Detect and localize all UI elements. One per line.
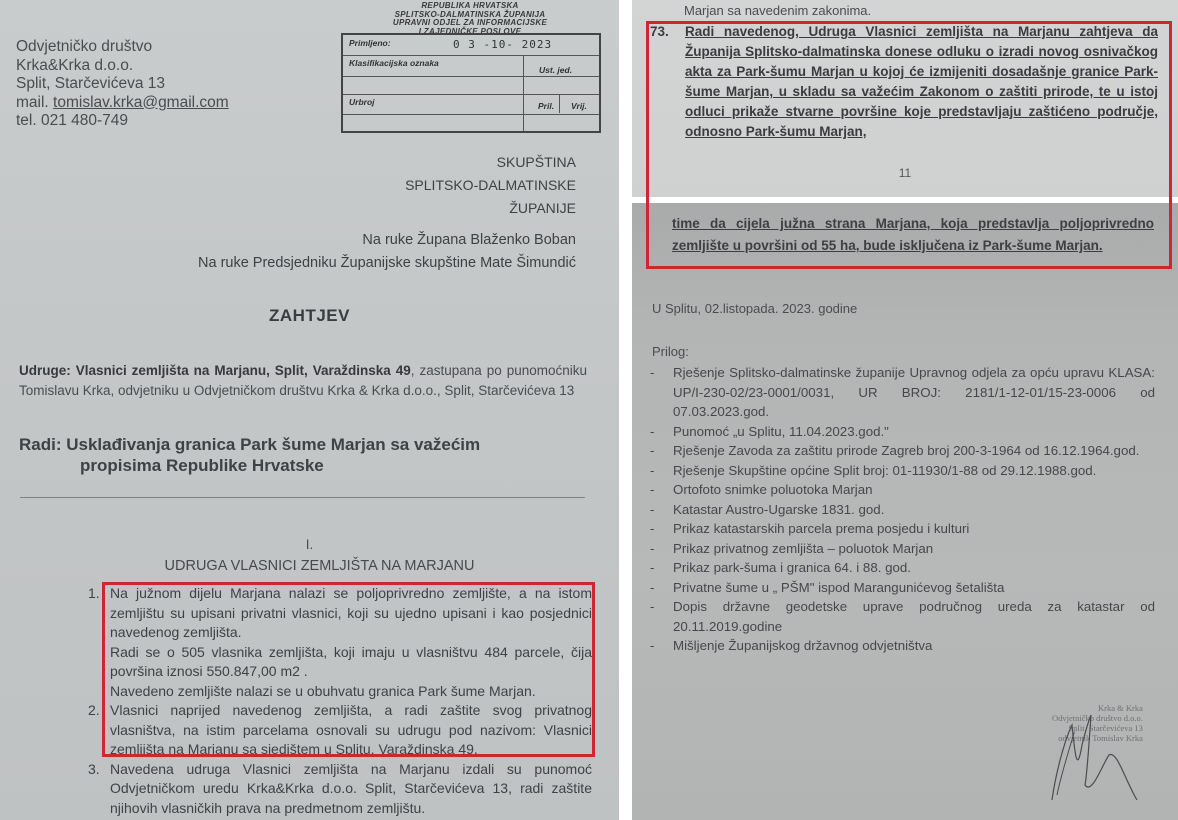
attachment-item: -Ortofoto snimke poluotoka Marjan: [650, 480, 1155, 500]
attachment-item: -Prikaz katastarskih parcela prema posje…: [650, 519, 1155, 539]
sender-line: Krka&Krka d.o.o.: [16, 57, 229, 76]
section-title: UDRUGA VLASNICI ZEMLJIŠTA NA MARJANU: [0, 558, 619, 574]
attention-line: Na ruke Župana Blaženko Boban: [362, 232, 576, 248]
attachment-item: -Rješenje Splitsko-dalmatinske županije …: [650, 363, 1155, 422]
attachment-item: -Katastar Austro-Ugarske 1831. god.: [650, 500, 1155, 520]
attachment-item: -Punomoć „u Splitu, 11.04.2023.god.": [650, 422, 1155, 442]
stamp-row-classification: Klasifikacijska oznaka Ust. jed.: [343, 55, 599, 77]
attachment-item: -Privatne šume u „ PŠM" ispod Marangunić…: [650, 578, 1155, 598]
attachment-item: -Dopis državne geodetske uprave područno…: [650, 597, 1155, 636]
attachment-text: Privatne šume u „ PŠM" ispod Maranguniće…: [673, 580, 1004, 595]
stamp-divider: [523, 55, 524, 131]
document-title: ZAHTJEV: [0, 306, 619, 326]
previous-line: Marjan sa navedenim zakonima.: [684, 3, 871, 18]
stamp-row-received: Primljeno: 0 3 -10- 2023: [343, 35, 599, 56]
attachment-text: Rješenje Zavoda za zaštitu prirode Zagre…: [673, 443, 1139, 458]
stamp-received-date: 0 3 -10- 2023: [453, 38, 552, 51]
dash-bullet: -: [650, 539, 654, 559]
dash-bullet: -: [650, 597, 654, 617]
attachment-text: Katastar Austro-Ugarske 1831. god.: [673, 502, 884, 517]
attachment-text: Mišljenje Županijskog državnog odvjetniš…: [673, 638, 932, 653]
applicant-paragraph: Udruge: Vlasnici zemljišta na Marjanu, S…: [19, 361, 587, 401]
list-item: 3. Navedena udruga Vlasnici zemljišta na…: [82, 760, 592, 819]
sender-email-line: mail. tomislav.krka@gmail.com: [16, 94, 229, 113]
dash-bullet: -: [650, 558, 654, 578]
received-stamp: Primljeno: 0 3 -10- 2023 Klasifikacijska…: [341, 33, 601, 133]
attachment-text: Prikaz park-šuma i granica 64. i 88. god…: [673, 560, 911, 575]
attachments-label: Prilog:: [652, 344, 689, 359]
document-page-right-bottom: time da cijela južna strana Marjana, koj…: [632, 203, 1178, 820]
stamp-classification-label: Klasifikacijska oznaka: [349, 58, 439, 68]
subject-line: Radi: Usklađivanja granica Park šume Mar…: [19, 435, 480, 454]
sender-email-link[interactable]: tomislav.krka@gmail.com: [53, 94, 229, 111]
subject-line: propisima Republike Hrvatske: [19, 455, 480, 476]
sender-address: Odvjetničko društvo Krka&Krka d.o.o. Spl…: [16, 38, 229, 131]
stamp-divider: [559, 94, 560, 113]
dash-bullet: -: [650, 500, 654, 520]
attachment-item: -Prikaz privatnog zemljišta – poluotok M…: [650, 539, 1155, 559]
attachment-item: -Rješenje Zavoda za zaštitu prirode Zagr…: [650, 441, 1155, 461]
attachment-text: Ortofoto snimke poluotoka Marjan: [673, 482, 873, 497]
email-prefix: mail.: [16, 94, 53, 111]
stamp-ref-label: Urbroj: [349, 97, 375, 107]
applicant-name: Udruge: Vlasnici zemljišta na Marjanu, S…: [19, 363, 411, 378]
attachment-text: Rješenje Splitsko-dalmatinske županije U…: [673, 365, 1155, 419]
attachment-item: -Prikaz park-šuma i granica 64. i 88. go…: [650, 558, 1155, 578]
section-number: I.: [0, 537, 619, 552]
dash-bullet: -: [650, 422, 654, 442]
divider-line: [20, 497, 585, 498]
dash-bullet: -: [650, 480, 654, 500]
highlight-box: [646, 21, 1172, 269]
attachment-text: Rješenje Skupštine općine Split broj: 01…: [673, 463, 1096, 478]
attachment-text: Punomoć „u Splitu, 11.04.2023.god.": [673, 424, 889, 439]
dash-bullet: -: [650, 363, 654, 383]
item-number: 3.: [88, 760, 100, 780]
handwritten-signature: [1047, 705, 1147, 805]
sender-line: Split, Starčevićeva 13: [16, 75, 229, 94]
highlight-box: [102, 582, 595, 757]
item-number: 1.: [88, 584, 100, 604]
dash-bullet: -: [650, 441, 654, 461]
stamp-header: REPUBLIKA HRVATSKA SPLITSKO-DALMATINSKA …: [340, 2, 600, 36]
stamp-row-blank: [343, 76, 599, 95]
place-date: U Splitu, 02.listopada. 2023. godine: [652, 301, 857, 316]
recipient-line: SKUPŠTINA: [497, 154, 576, 170]
attachment-text: Dopis državne geodetske uprave područnog…: [673, 599, 1155, 634]
sender-line: Odvjetničko društvo: [16, 38, 229, 57]
recipient-line: ŽUPANIJE: [509, 200, 576, 216]
stamp-row-ref: Urbroj Pril. Vrij.: [343, 94, 599, 115]
attachment-item: -Rješenje Skupštine općine Split broj: 0…: [650, 461, 1155, 481]
stamp-attachments-label: Pril.: [538, 101, 554, 111]
subject-heading: Radi: Usklađivanja granica Park šume Mar…: [19, 434, 480, 476]
attachment-text: Prikaz privatnog zemljišta – poluotok Ma…: [673, 541, 933, 556]
item-paragraph: Navedena udruga Vlasnici zemljišta na Ma…: [110, 760, 592, 819]
dash-bullet: -: [650, 636, 654, 656]
attachments-list: -Rješenje Splitsko-dalmatinske županije …: [650, 363, 1155, 656]
attention-line: Na ruke Predsjedniku Županijske skupštin…: [198, 255, 576, 271]
document-page-left: Odvjetničko društvo Krka&Krka d.o.o. Spl…: [0, 0, 619, 820]
attachment-text: Prikaz katastarskih parcela prema posjed…: [673, 521, 969, 536]
stamp-received-label: Primljeno:: [349, 38, 391, 48]
sender-phone: tel. 021 480-749: [16, 112, 229, 131]
attachment-item: -Mišljenje Županijskog državnog odvjetni…: [650, 636, 1155, 656]
stamp-org-unit-label: Ust. jed.: [539, 65, 572, 75]
recipient-line: SPLITSKO-DALMATINSKE: [405, 177, 576, 193]
item-number: 2.: [88, 701, 100, 721]
dash-bullet: -: [650, 519, 654, 539]
dash-bullet: -: [650, 461, 654, 481]
stamp-value-label: Vrij.: [571, 101, 587, 111]
dash-bullet: -: [650, 578, 654, 598]
